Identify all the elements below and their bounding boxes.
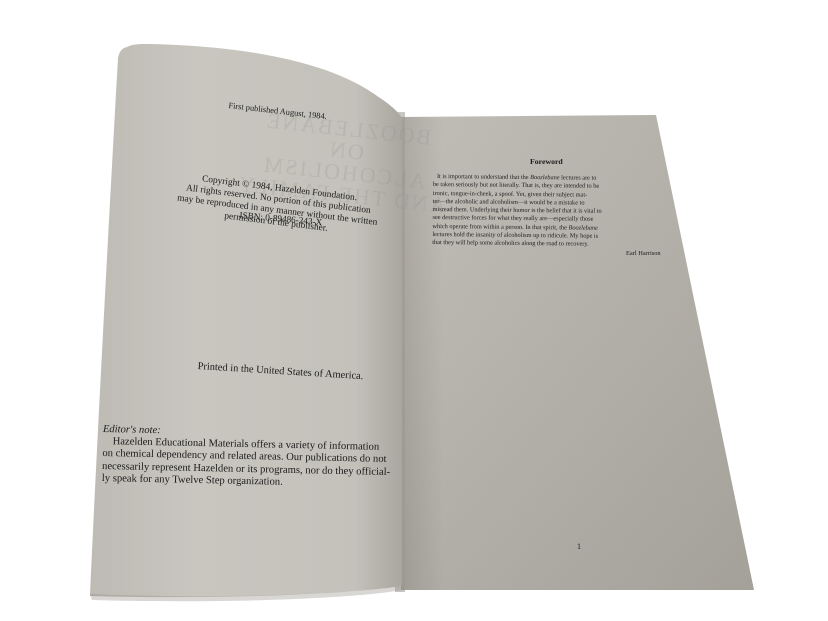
foreword-body: It is important to understand that the B…	[432, 173, 602, 249]
foreword-signature: Earl Harrison	[626, 250, 661, 257]
open-book-pages	[0, 0, 828, 621]
book-photo: BOOZLEBANE ON ALCOHOLISM AND THE FAMILY …	[0, 0, 828, 621]
foreword-line: that they will help some alcoholics alon…	[432, 239, 601, 249]
editors-note: Editor's note: Hazelden Educational Mate…	[102, 424, 391, 491]
foreword-title: Foreword	[530, 157, 563, 166]
page-number: 1	[577, 542, 581, 551]
